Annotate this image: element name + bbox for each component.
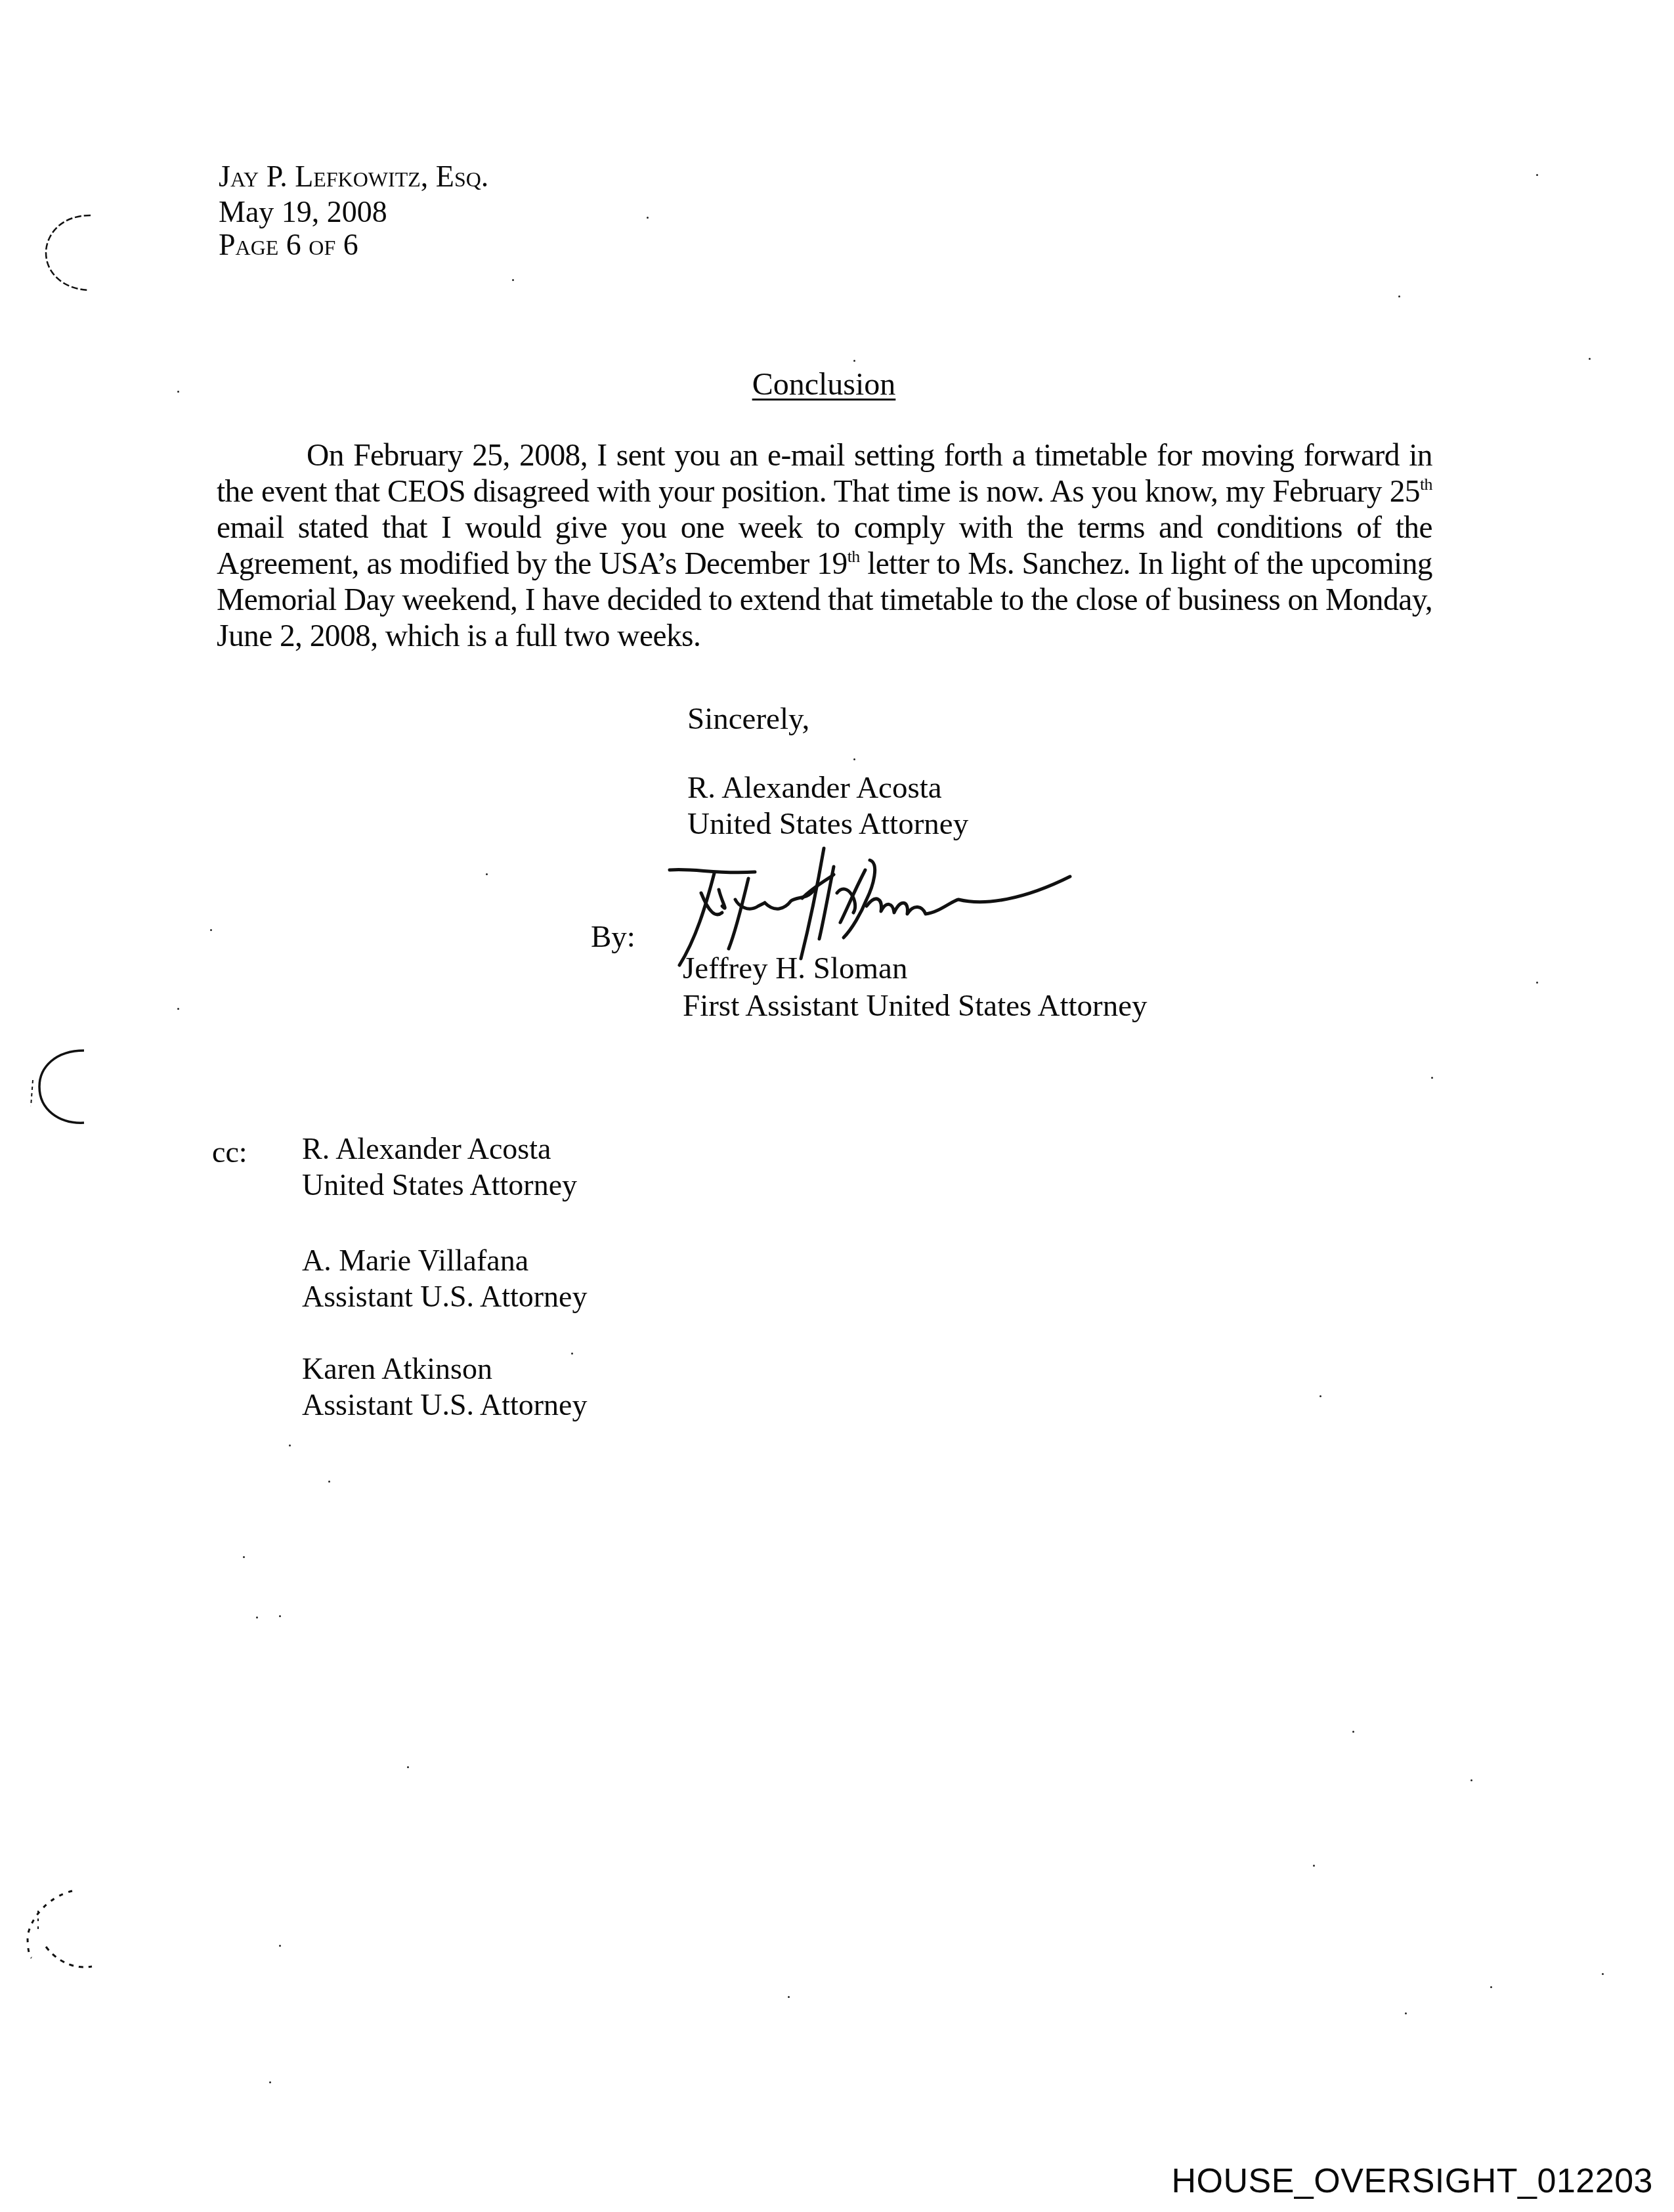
section-heading-text: Conclusion [752, 367, 896, 402]
page-indicator: Page 6 of 6 [219, 230, 358, 260]
section-heading: Conclusion [0, 369, 1648, 401]
cc-recipient-title: United States Attorney [302, 1167, 577, 1203]
signer-title: United States Attorney [687, 809, 968, 840]
cc-recipient: Karen Atkinson Assistant U.S. Attorney [302, 1351, 587, 1423]
cc-label: cc: [212, 1137, 247, 1167]
closing-salutation: Sincerely, [687, 704, 809, 735]
cc-recipient-name: Karen Atkinson [302, 1351, 587, 1387]
recipient-name: Jay P. Lefkowitz, Esq. [219, 162, 488, 192]
bates-number: HOUSE_OVERSIGHT_012203 [1171, 2164, 1653, 2198]
body-text-part: On February 25, 2008, I sent you an e-ma… [217, 439, 1432, 509]
cc-recipient-title: Assistant U.S. Attorney [302, 1387, 587, 1423]
hole-punch-mark-top [39, 210, 98, 295]
cc-recipient: A. Marie Villafana Assistant U.S. Attorn… [302, 1242, 587, 1314]
by-label: By: [591, 922, 635, 953]
letter-date: May 19, 2008 [219, 197, 387, 227]
ordinal-suffix: th [1420, 475, 1432, 494]
agent-title: First Assistant United States Attorney [683, 991, 1148, 1022]
body-paragraph: On February 25, 2008, I sent you an e-ma… [217, 438, 1432, 655]
hole-punch-mark-middle [26, 1044, 92, 1129]
agent-name: Jeffrey H. Sloman [683, 953, 907, 984]
cc-recipient-title: Assistant U.S. Attorney [302, 1278, 587, 1314]
ordinal-suffix: th [848, 547, 860, 566]
cc-recipient-name: R. Alexander Acosta [302, 1131, 577, 1167]
cc-recipient: R. Alexander Acosta United States Attorn… [302, 1131, 577, 1203]
cc-recipient-name: A. Marie Villafana [302, 1242, 587, 1278]
signer-name: R. Alexander Acosta [687, 773, 942, 804]
hole-punch-mark-bottom [20, 1884, 98, 1983]
